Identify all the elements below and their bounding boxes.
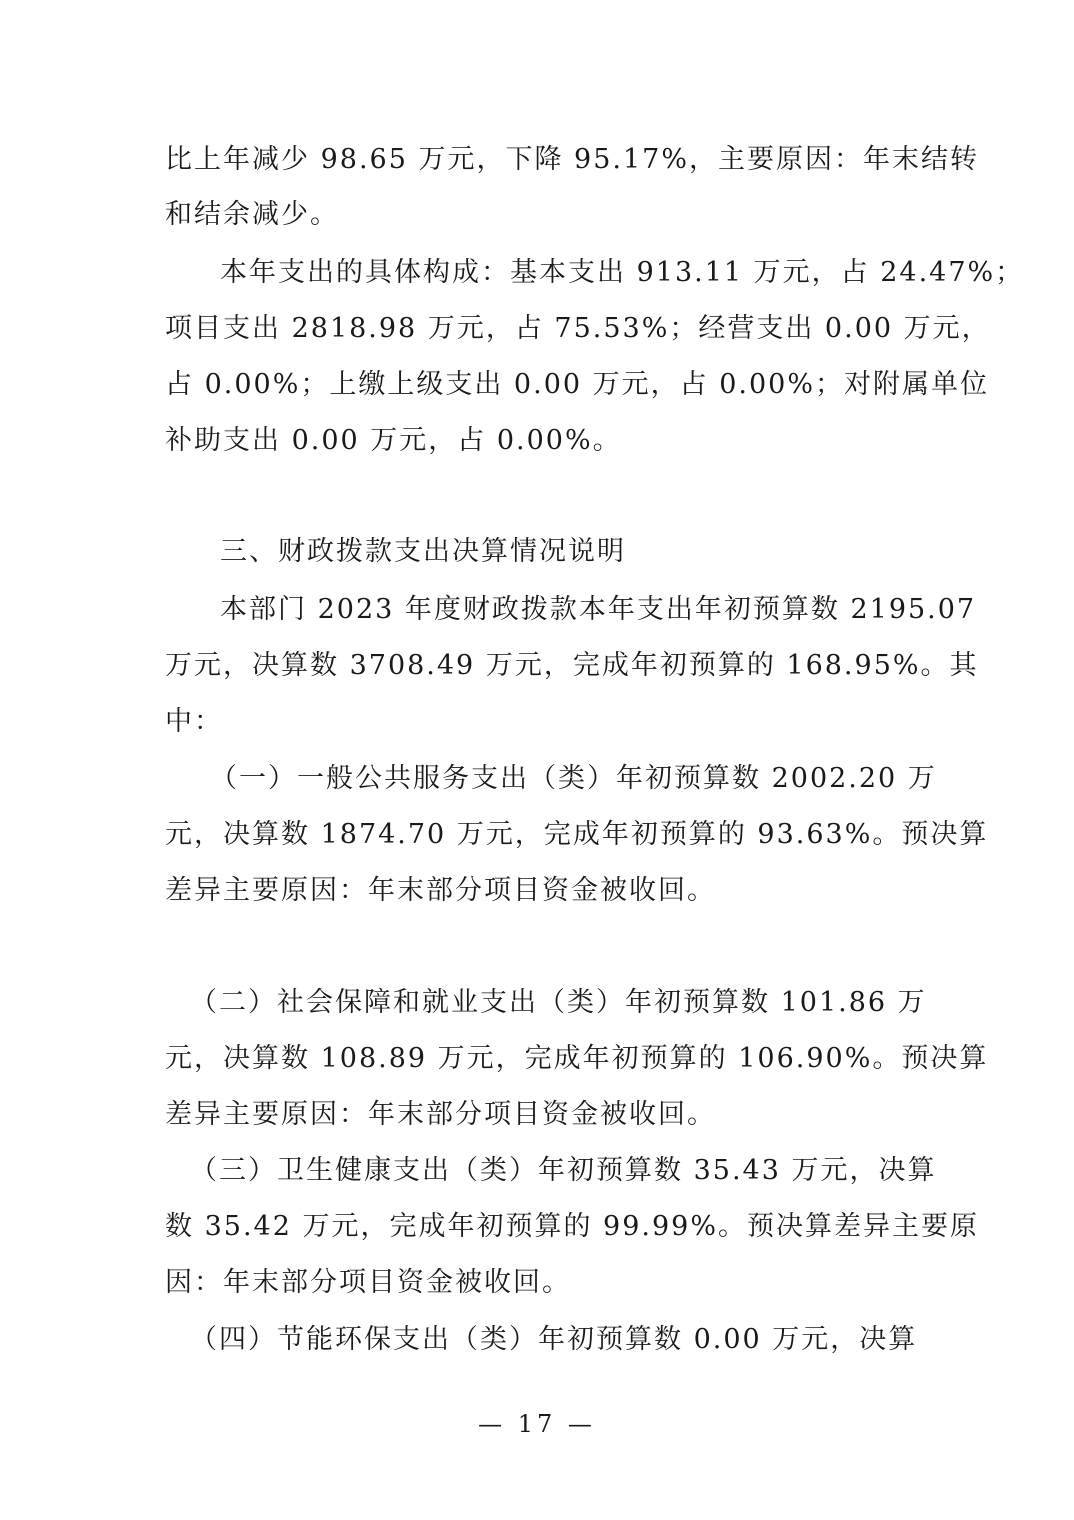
text-line: 中：	[165, 704, 223, 740]
text-line: 因：年末部分项目资金被收回。	[165, 1265, 571, 1301]
text-line: 差异主要原因：年末部分项目资金被收回。	[165, 1097, 716, 1133]
text-line: 数 35.42 万元，完成年初预算的 99.99%。预决算差异主要原	[165, 1209, 979, 1245]
section-heading: 三、财政拨款支出决算情况说明	[220, 534, 626, 570]
text-line: 项目支出 2818.98 万元，占 75.53%；经营支出 0.00 万元，	[165, 311, 991, 347]
text-line: 元，决算数 1874.70 万元，完成年初预算的 93.63%。预决算	[165, 817, 988, 853]
text-line: 占 0.00%；上缴上级支出 0.00 万元，占 0.00%；对附属单位	[165, 367, 989, 403]
text-line: 万元，决算数 3708.49 万元，完成年初预算的 168.95%。其	[165, 648, 979, 684]
text-line: 本年支出的具体构成：基本支出 913.11 万元，占 24.47%；	[220, 255, 1024, 291]
text-line: 比上年减少 98.65 万元，下降 95.17%，主要原因：年末结转	[165, 142, 979, 178]
text-line: （三）卫生健康支出（类）年初预算数 35.43 万元，决算	[190, 1153, 936, 1189]
text-line: （二）社会保障和就业支出（类）年初预算数 101.86 万	[190, 985, 927, 1021]
text-line: 元，决算数 108.89 万元，完成年初预算的 106.90%。预决算	[165, 1041, 988, 1077]
text-line: 补助支出 0.00 万元，占 0.00%。	[165, 423, 622, 459]
text-line: （一）一般公共服务支出（类）年初预算数 2002.20 万	[210, 761, 937, 797]
page-number: — 17 —	[0, 1410, 1074, 1438]
text-line: 和结余减少。	[165, 197, 339, 233]
text-line: 本部门 2023 年度财政拨款本年支出年初预算数 2195.07	[220, 592, 976, 628]
text-line: 差异主要原因：年末部分项目资金被收回。	[165, 873, 716, 909]
text-line: （四）节能环保支出（类）年初预算数 0.00 万元，决算	[190, 1322, 917, 1358]
